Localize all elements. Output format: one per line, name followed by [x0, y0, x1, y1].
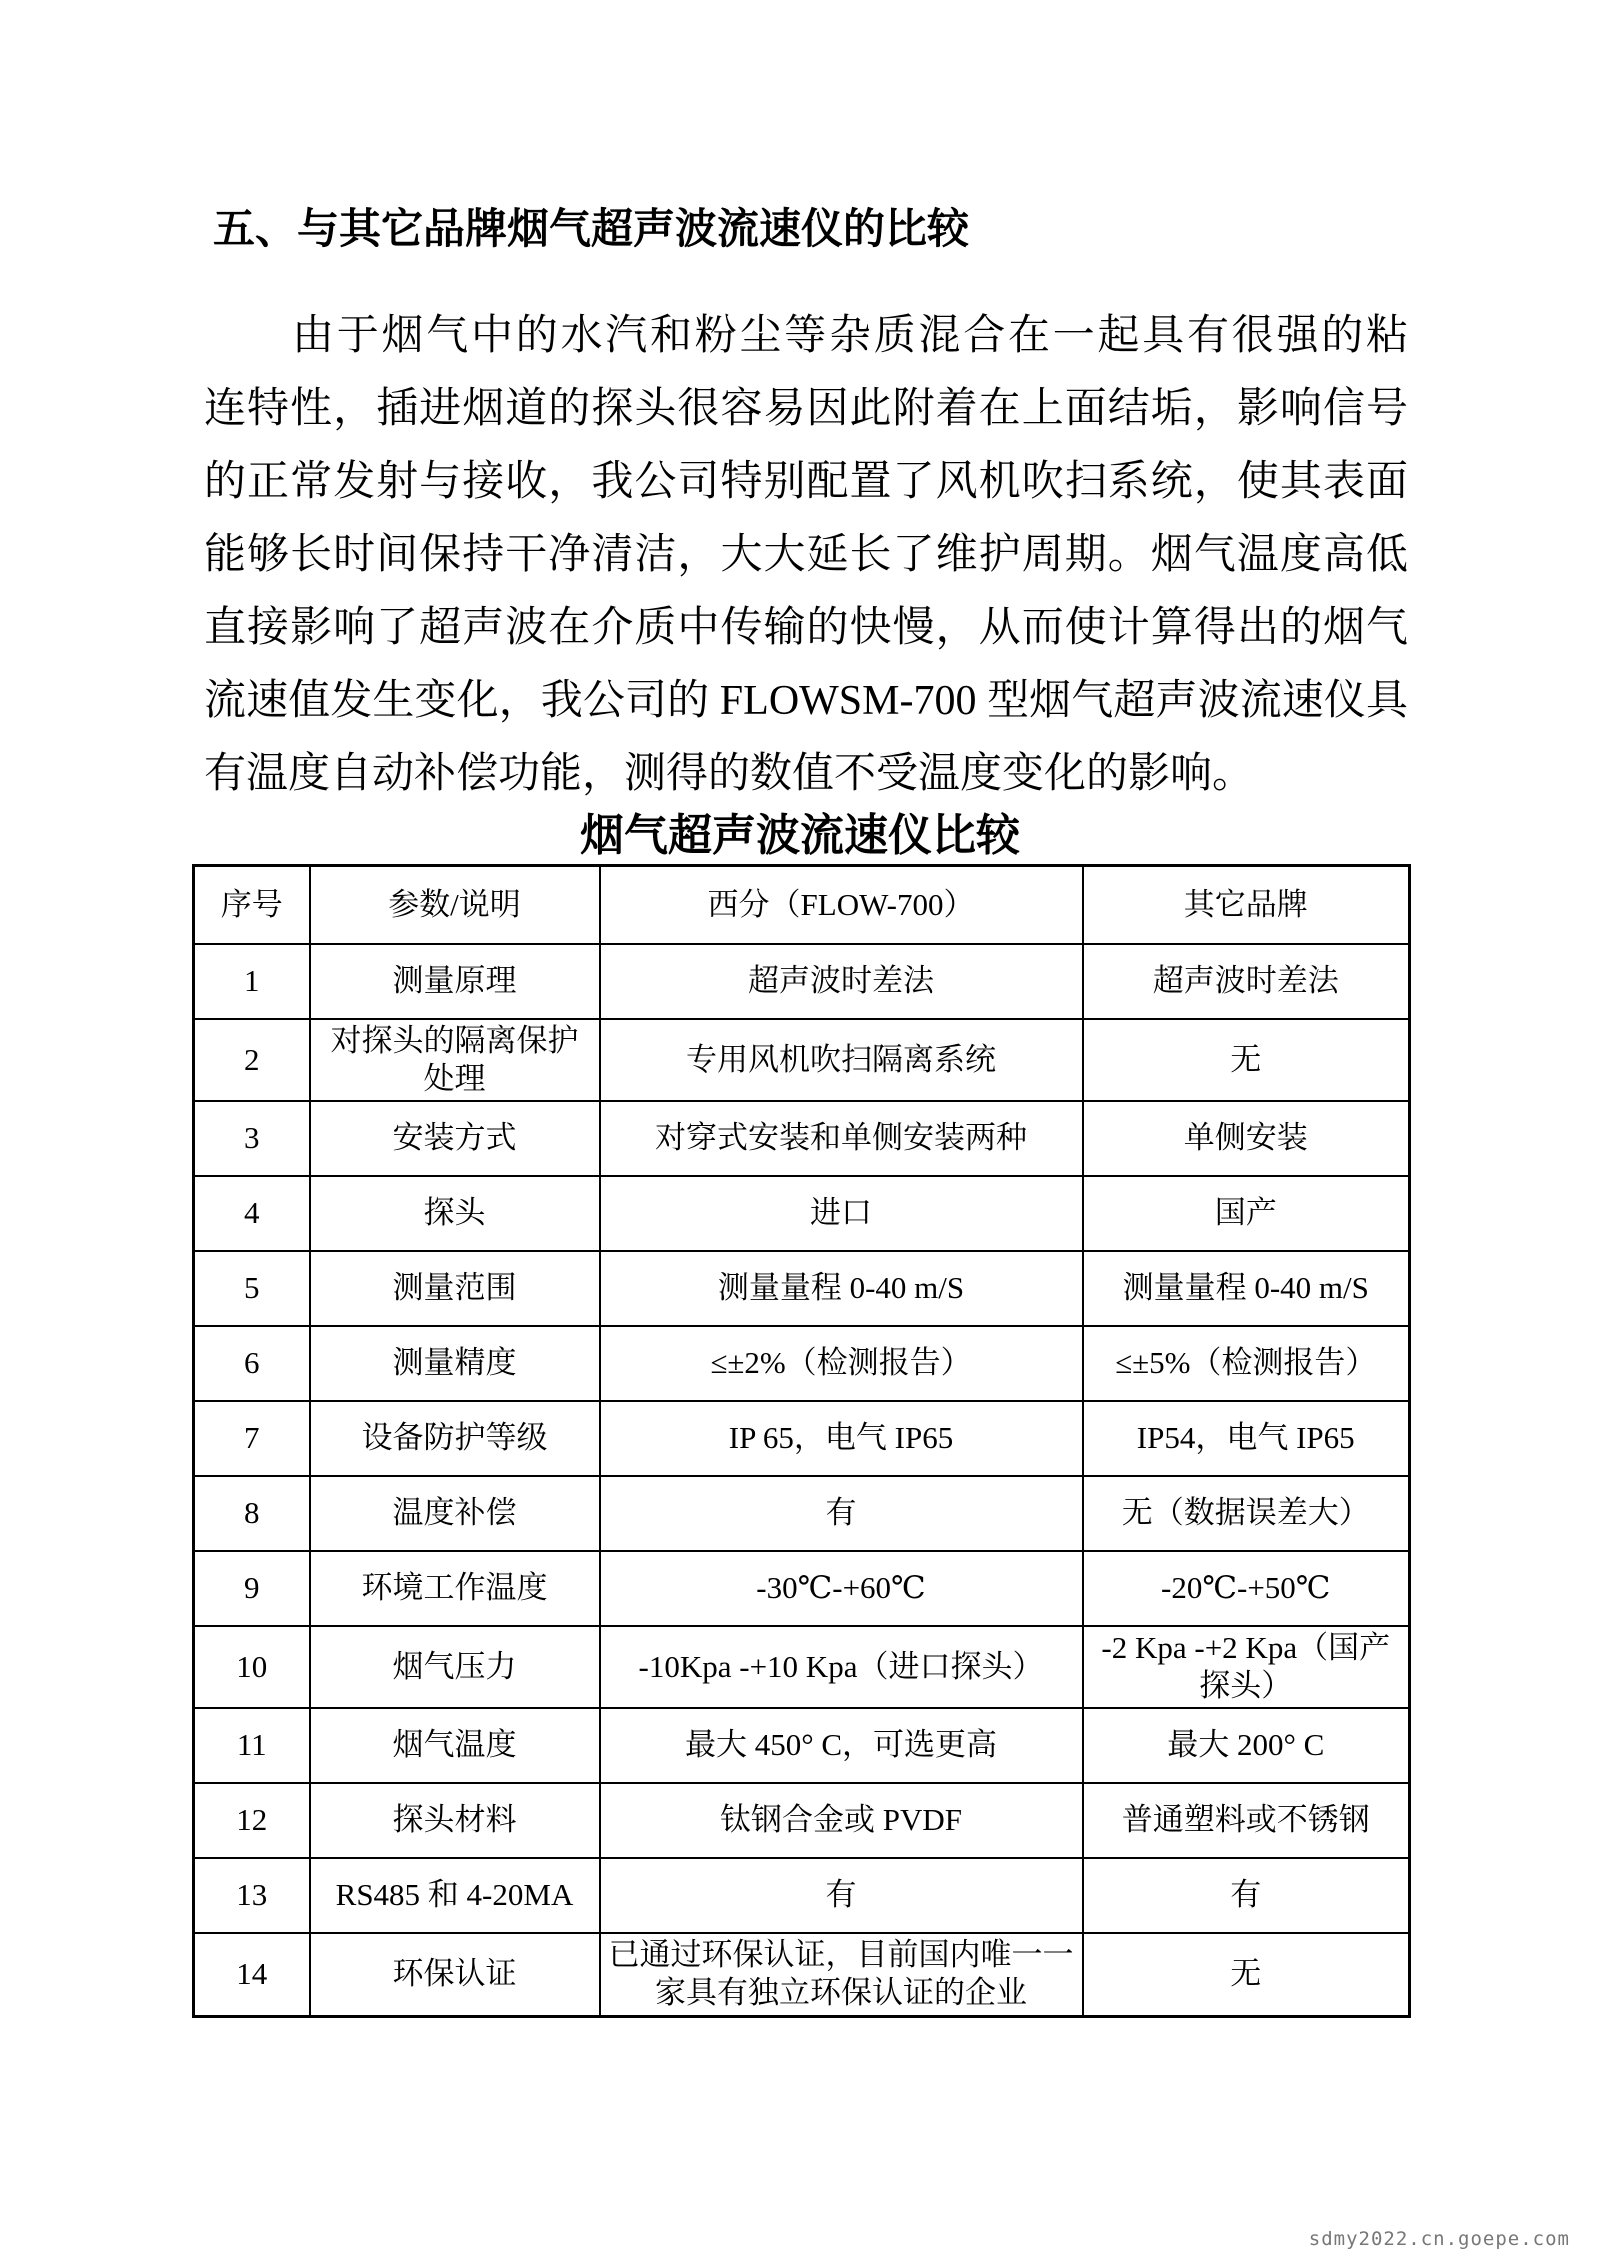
- cell-xifen: 超声波时差法: [600, 944, 1083, 1019]
- cell-param: 设备防护等级: [310, 1401, 600, 1476]
- cell-xifen: IP 65，电气 IP65: [600, 1401, 1083, 1476]
- cell-other: 普通塑料或不锈钢: [1083, 1783, 1410, 1858]
- cell-xifen: 最大 450° C，可选更高: [600, 1708, 1083, 1783]
- cell-xifen: 有: [600, 1858, 1083, 1933]
- paragraph-line: 有温度自动补偿功能，测得的数值不受温度变化的影响。: [204, 738, 1408, 811]
- column-header-xifen: 西分（FLOW-700）: [600, 866, 1083, 944]
- paragraph-line: 直接影响了超声波在介质中传输的快慢，从而使计算得出的烟气: [204, 592, 1408, 665]
- cell-no: 6: [194, 1326, 310, 1401]
- table-row: 7 设备防护等级 IP 65，电气 IP65 IP54，电气 IP65: [194, 1401, 1410, 1476]
- cell-param: 环境工作温度: [310, 1551, 600, 1626]
- cell-param: 烟气压力: [310, 1626, 600, 1708]
- cell-no: 3: [194, 1101, 310, 1176]
- table-row: 12 探头材料 钛钢合金或 PVDF 普通塑料或不锈钢: [194, 1783, 1410, 1858]
- cell-xifen: -30℃-+60℃: [600, 1551, 1083, 1626]
- cell-xifen: 专用风机吹扫隔离系统: [600, 1019, 1083, 1101]
- cell-param: 测量范围: [310, 1251, 600, 1326]
- cell-xifen: -10Kpa -+10 Kpa（进口探头）: [600, 1626, 1083, 1708]
- table-row: 1 测量原理 超声波时差法 超声波时差法: [194, 944, 1410, 1019]
- cell-other: 单侧安装: [1083, 1101, 1410, 1176]
- cell-other: 无: [1083, 1933, 1410, 2017]
- cell-other: 有: [1083, 1858, 1410, 1933]
- paragraph-line: 的正常发射与接收，我公司特别配置了风机吹扫系统，使其表面: [204, 446, 1408, 519]
- table-row: 5 测量范围 测量量程 0-40 m/S 测量量程 0-40 m/S: [194, 1251, 1410, 1326]
- body-paragraph: 由于烟气中的水汽和粉尘等杂质混合在一起具有很强的粘 连特性，插进烟道的探头很容易…: [204, 300, 1408, 811]
- cell-xifen: ≤±2%（检测报告）: [600, 1326, 1083, 1401]
- cell-other: 最大 200° C: [1083, 1708, 1410, 1783]
- table-row: 11 烟气温度 最大 450° C，可选更高 最大 200° C: [194, 1708, 1410, 1783]
- table-row: 14 环保认证 已通过环保认证，目前国内唯一一家具有独立环保认证的企业 无: [194, 1933, 1410, 2017]
- table-title: 烟气超声波流速仪比较: [192, 813, 1408, 859]
- cell-other: 无: [1083, 1019, 1410, 1101]
- table-row: 2 对探头的隔离保护处理 专用风机吹扫隔离系统 无: [194, 1019, 1410, 1101]
- cell-param: RS485 和 4-20MA: [310, 1858, 600, 1933]
- watermark-text: sdmy2022.cn.goepe.com: [1309, 2228, 1570, 2250]
- cell-xifen: 测量量程 0-40 m/S: [600, 1251, 1083, 1326]
- cell-no: 14: [194, 1933, 310, 2017]
- table-row: 9 环境工作温度 -30℃-+60℃ -20℃-+50℃: [194, 1551, 1410, 1626]
- cell-no: 9: [194, 1551, 310, 1626]
- cell-other: 国产: [1083, 1176, 1410, 1251]
- paragraph-line: 由于烟气中的水汽和粉尘等杂质混合在一起具有很强的粘: [204, 300, 1408, 373]
- cell-param: 环保认证: [310, 1933, 600, 2017]
- document-page: { "page": { "heading": "五、与其它品牌烟气超声波流速仪的…: [0, 0, 1600, 2262]
- cell-other: -2 Kpa -+2 Kpa（国产探头）: [1083, 1626, 1410, 1708]
- column-header-param: 参数/说明: [310, 866, 600, 944]
- cell-param: 测量原理: [310, 944, 600, 1019]
- cell-no: 8: [194, 1476, 310, 1551]
- cell-other: 无（数据误差大）: [1083, 1476, 1410, 1551]
- cell-param: 温度补偿: [310, 1476, 600, 1551]
- cell-no: 13: [194, 1858, 310, 1933]
- cell-other: ≤±5%（检测报告）: [1083, 1326, 1410, 1401]
- cell-no: 5: [194, 1251, 310, 1326]
- cell-xifen: 钛钢合金或 PVDF: [600, 1783, 1083, 1858]
- cell-other: IP54，电气 IP65: [1083, 1401, 1410, 1476]
- cell-no: 2: [194, 1019, 310, 1101]
- cell-xifen: 进口: [600, 1176, 1083, 1251]
- cell-other: -20℃-+50℃: [1083, 1551, 1410, 1626]
- paragraph-line: 能够长时间保持干净清洁，大大延长了维护周期。烟气温度高低: [204, 519, 1408, 592]
- table-row: 13 RS485 和 4-20MA 有 有: [194, 1858, 1410, 1933]
- cell-xifen: 已通过环保认证，目前国内唯一一家具有独立环保认证的企业: [600, 1933, 1083, 2017]
- cell-param: 烟气温度: [310, 1708, 600, 1783]
- cell-no: 1: [194, 944, 310, 1019]
- paragraph-line: 连特性，插进烟道的探头很容易因此附着在上面结垢，影响信号: [204, 373, 1408, 446]
- cell-no: 12: [194, 1783, 310, 1858]
- cell-xifen: 对穿式安装和单侧安装两种: [600, 1101, 1083, 1176]
- cell-no: 10: [194, 1626, 310, 1708]
- cell-param: 安装方式: [310, 1101, 600, 1176]
- comparison-table: 序号 参数/说明 西分（FLOW-700） 其它品牌 1 测量原理 超声波时差法…: [192, 864, 1411, 2018]
- cell-param: 测量精度: [310, 1326, 600, 1401]
- cell-param: 对探头的隔离保护处理: [310, 1019, 600, 1101]
- cell-param: 探头: [310, 1176, 600, 1251]
- cell-xifen: 有: [600, 1476, 1083, 1551]
- table-header-row: 序号 参数/说明 西分（FLOW-700） 其它品牌: [194, 866, 1410, 944]
- cell-no: 7: [194, 1401, 310, 1476]
- column-header-other: 其它品牌: [1083, 866, 1410, 944]
- table-row: 8 温度补偿 有 无（数据误差大）: [194, 1476, 1410, 1551]
- cell-param: 探头材料: [310, 1783, 600, 1858]
- cell-no: 11: [194, 1708, 310, 1783]
- table-row: 3 安装方式 对穿式安装和单侧安装两种 单侧安装: [194, 1101, 1410, 1176]
- table-row: 6 测量精度 ≤±2%（检测报告） ≤±5%（检测报告）: [194, 1326, 1410, 1401]
- table-row: 4 探头 进口 国产: [194, 1176, 1410, 1251]
- cell-other: 超声波时差法: [1083, 944, 1410, 1019]
- table-row: 10 烟气压力 -10Kpa -+10 Kpa（进口探头） -2 Kpa -+2…: [194, 1626, 1410, 1708]
- cell-no: 4: [194, 1176, 310, 1251]
- section-heading: 五、与其它品牌烟气超声波流速仪的比较: [192, 205, 1408, 255]
- column-header-no: 序号: [194, 866, 310, 944]
- page-content: 五、与其它品牌烟气超声波流速仪的比较 由于烟气中的水汽和粉尘等杂质混合在一起具有…: [192, 0, 1408, 2018]
- paragraph-line: 流速值发生变化，我公司的 FLOWSM-700 型烟气超声波流速仪具: [204, 665, 1408, 738]
- cell-other: 测量量程 0-40 m/S: [1083, 1251, 1410, 1326]
